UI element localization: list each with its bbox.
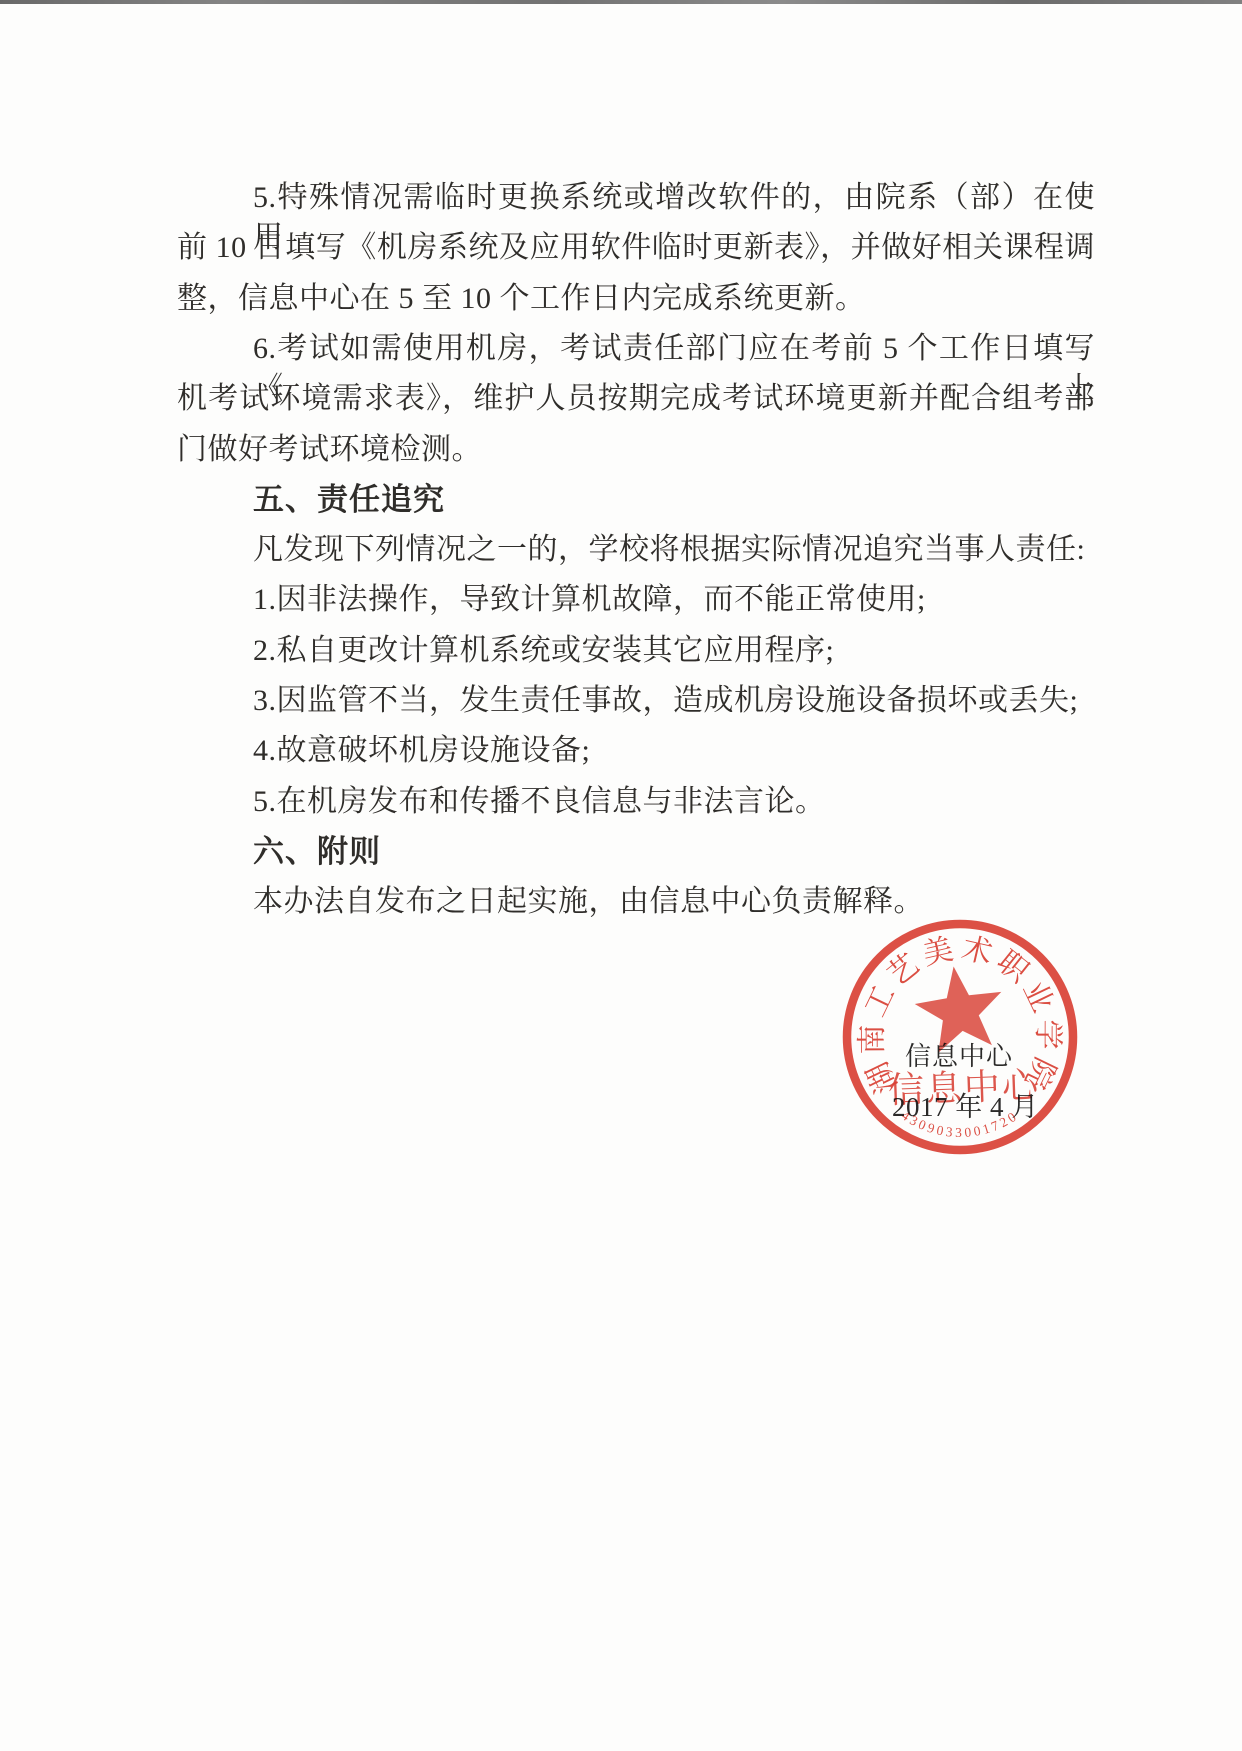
seal-star-icon <box>910 960 1008 1055</box>
body-line-5: 机考试环境需求表》，维护人员按期完成考试环境更新并配合组考部 <box>177 379 1095 419</box>
body-line-12: 4.故意破坏机房设施设备; <box>177 731 1095 771</box>
seal-center-text: 信息中心 <box>887 1065 1040 1110</box>
body-line-14: 六、附则 <box>177 832 1095 872</box>
page-top-edge <box>0 0 1242 4</box>
official-seal: 湖南工艺美术职业学院 信息中心 4309033001720 <box>836 908 1084 1164</box>
body-line-3: 整，信息中心在 5 至 10 个工作日内完成系统更新。 <box>177 279 1095 319</box>
body-line-6: 门做好考试环境检测。 <box>177 430 1095 470</box>
body-line-8: 凡发现下列情况之一的，学校将根据实际情况追究当事人责任: <box>177 530 1095 570</box>
body-line-9: 1.因非法操作，导致计算机故障，而不能正常使用; <box>177 580 1095 620</box>
document-page: 5.特殊情况需临时更换系统或增改软件的，由院系（部）在使用前 10 日填写《机房… <box>0 0 1242 1751</box>
body-line-13: 5.在机房发布和传播不良信息与非法言论。 <box>177 782 1095 822</box>
body-line-11: 3.因监管不当，发生责任事故，造成机房设施设备损坏或丢失; <box>177 681 1095 721</box>
seal-serial-number: 4309033001720 <box>899 1108 1021 1140</box>
body-line-10: 2.私自更改计算机系统或安装其它应用程序; <box>177 631 1095 671</box>
body-line-7: 五、责任追究 <box>177 480 1095 520</box>
body-line-2: 前 10 日填写《机房系统及应用软件临时更新表》，并做好相关课程调 <box>177 228 1095 268</box>
